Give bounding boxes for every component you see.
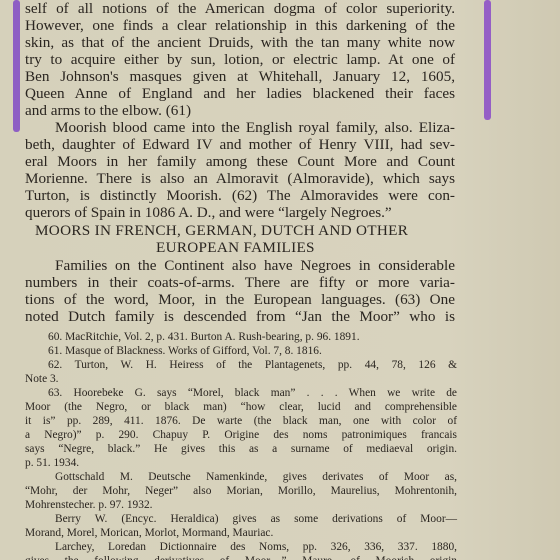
body-line: eral Moors in her family among these Cou… [25, 154, 455, 171]
footnote-60: 60. MacRitchie, Vol. 2, p. 431. Burton A… [48, 331, 360, 343]
footnote-63-cont: Morand, Morel, Morican, Morlot, Mormand,… [25, 527, 273, 539]
body-line: beth, daughter of Edward IV and mother o… [25, 137, 455, 154]
body-line: noted Dutch family is descended from “Ja… [25, 309, 455, 326]
body-line: numbers in their coats-of-arms. There ar… [25, 275, 455, 292]
body-line: querors of Spain in 1086 A. D., and were… [25, 205, 392, 222]
body-line: tions of the word, Moor, in the European… [25, 292, 455, 309]
footnote-61: 61. Masque of Blackness. Works of Giffor… [48, 345, 322, 357]
section-heading-line-1: MOORS IN FRENCH, GERMAN, DUTCH AND OTHER [35, 223, 408, 240]
footnote-63-cont: p. 51. 1934. [25, 457, 79, 469]
footnote-63-larchey: Larchey, Loredan Dictionnaire des Noms, … [55, 541, 457, 553]
footnote-63: 63. Hoorebeke G. says “Morel, black man”… [48, 387, 457, 399]
footnote-62-cont: Note 3. [25, 373, 59, 385]
body-line: and arms to the elbow. (61) [25, 103, 191, 120]
body-line: Families on the Continent also have Negr… [55, 258, 455, 275]
footnote-62: 62. Turton, W. H. Heiress of the Plantag… [48, 359, 457, 371]
footnote-63-cont: gives the following derivatives of Moor—… [25, 555, 457, 560]
body-line: skin, as that of the ancient Druids, wit… [25, 35, 455, 52]
section-heading-line-2: EUROPEAN FAMILIES [156, 240, 315, 257]
body-line: self of all notions of the American dogm… [25, 1, 455, 18]
purple-highlight-mark-right [484, 0, 491, 120]
body-line: Turton, is distinctly Moorish. (62) The … [25, 188, 455, 205]
body-line: Ben Johnson's masques given at Whitehall… [25, 69, 455, 86]
footnote-63-cont: a Negro)” p. 290. Chapuy P. Origine des … [25, 429, 457, 441]
footnote-63-cont: says “Negre, black.” He gives this as a … [25, 443, 457, 455]
body-line: Moorish blood came into the English roya… [55, 120, 455, 137]
body-line: Morienne. There is also an Almoravit (Al… [25, 171, 455, 188]
footnote-63-cont: it is” pp. 289, 411. 1876. De warte (the… [25, 415, 457, 427]
body-line: Queen Anne of England and her ladies bla… [25, 86, 455, 103]
footnote-63-cont: Mohrenstecher. p. 97. 1932. [25, 499, 153, 511]
footnote-63-berry: Berry W. (Encyc. Heraldica) gives as som… [55, 513, 457, 525]
footnote-63-cont: Moor (the Negro, or black man) “how clea… [25, 401, 457, 413]
footnote-63-gottschald: Gottschald M. Deutsche Namenkinde, gives… [55, 471, 457, 483]
body-line: try to acquire either by sun, lotion, or… [25, 52, 455, 69]
purple-highlight-mark-left [13, 0, 20, 132]
footnote-63-cont: “Mohr, der Mohr, Neger” also Morian, Mor… [25, 485, 457, 497]
body-line: However, one finds a clear relationship … [25, 18, 455, 35]
